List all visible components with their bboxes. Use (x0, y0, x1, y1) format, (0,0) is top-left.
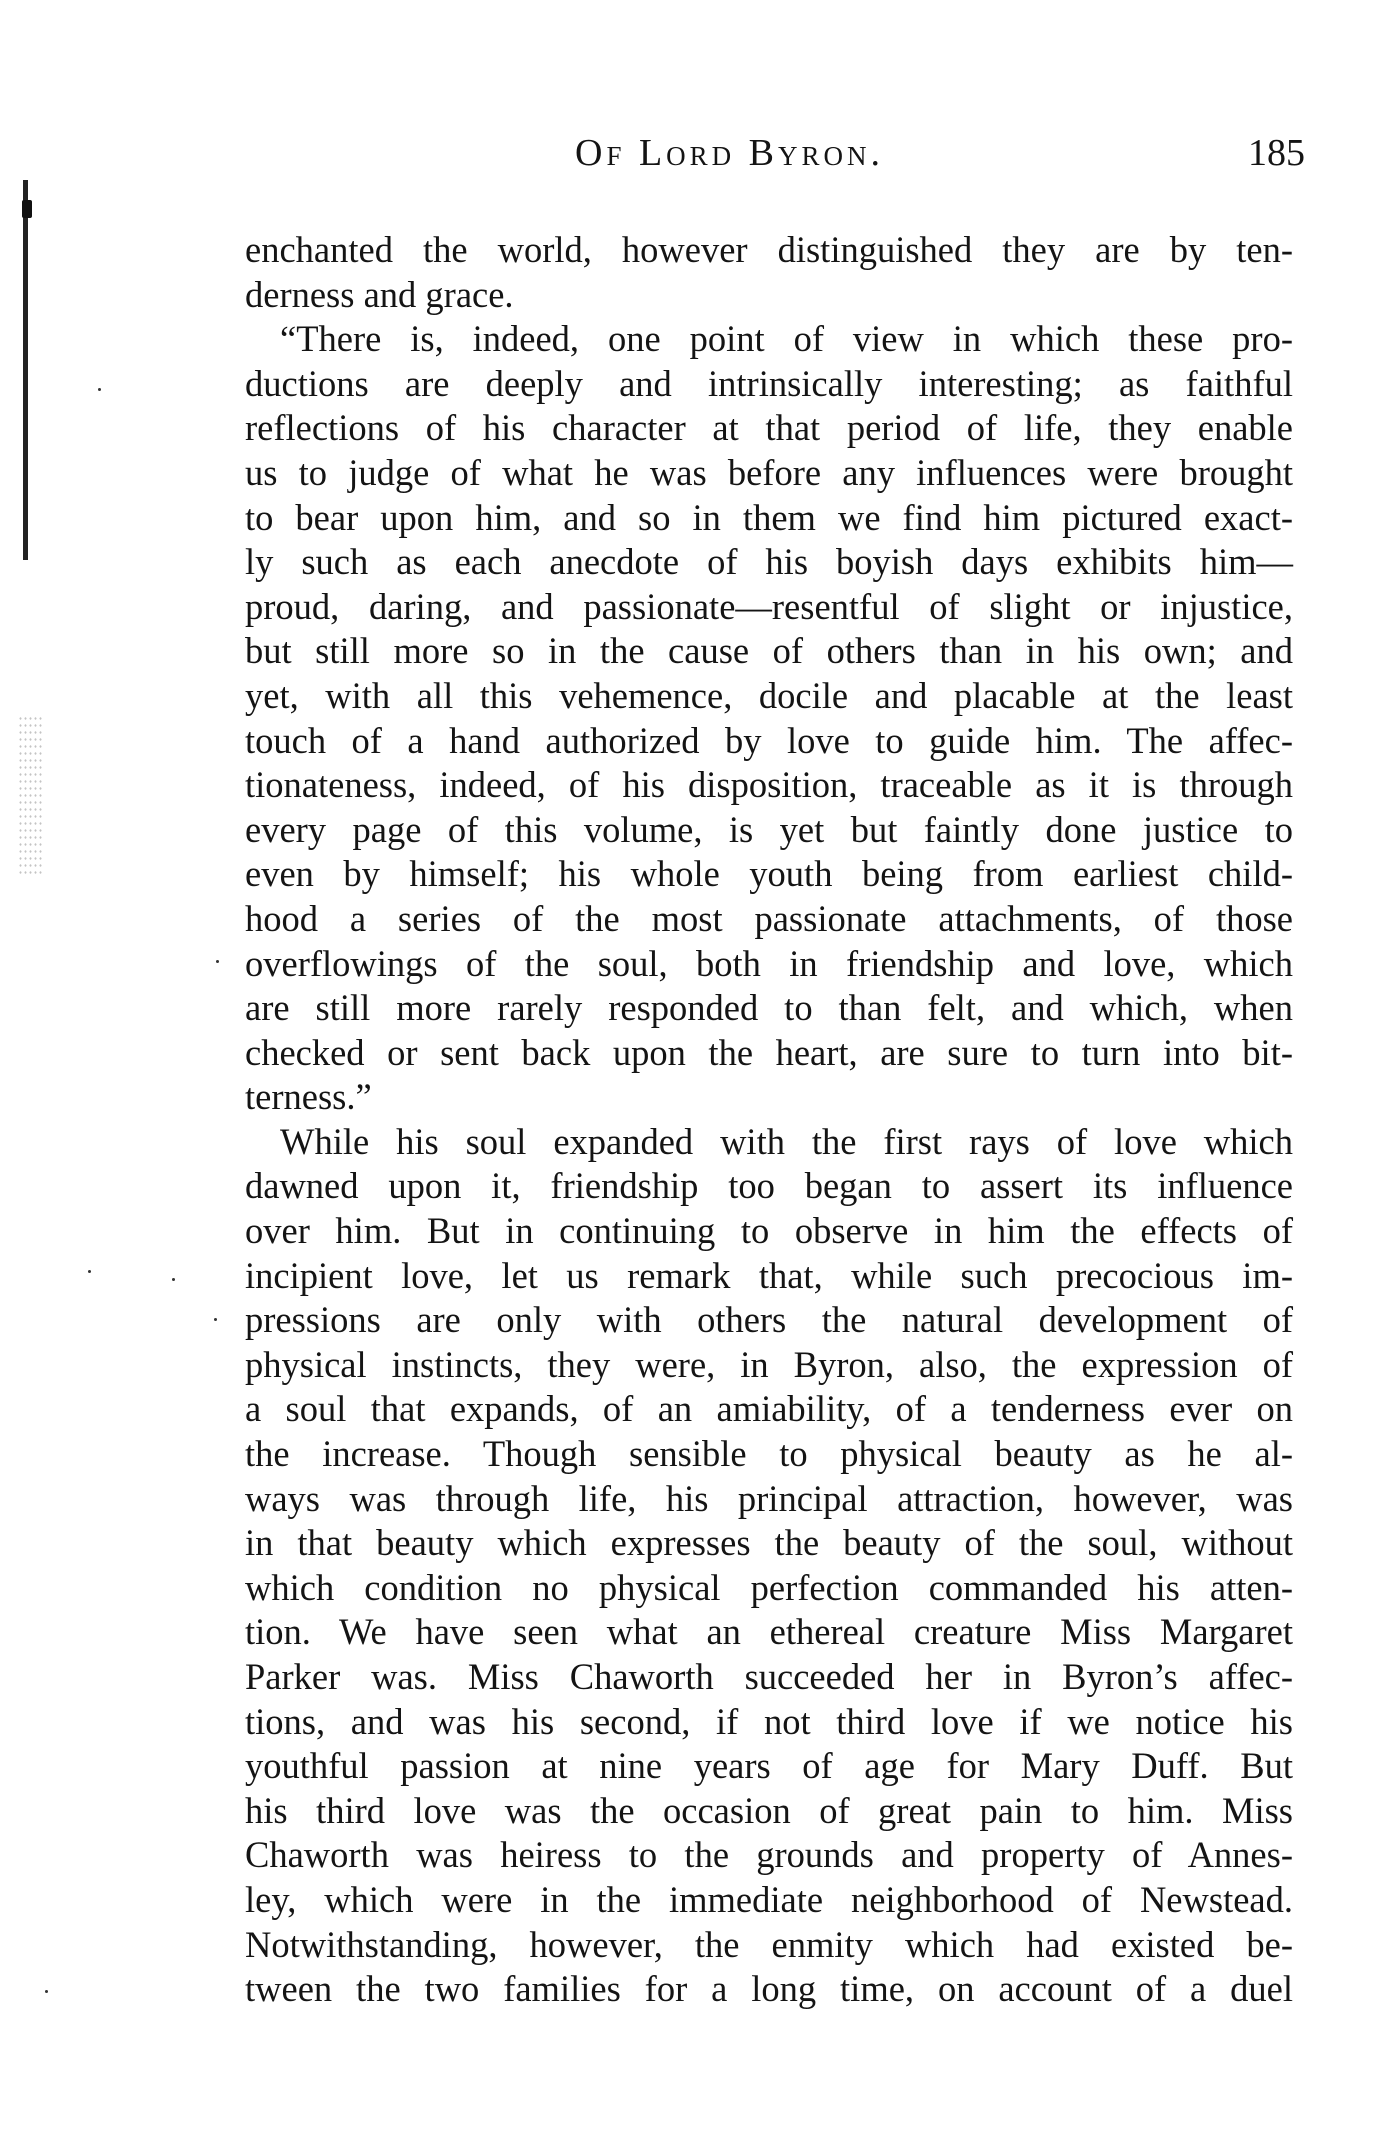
text-line: every page of this volume, is yet but fa… (245, 808, 1293, 853)
running-title: Of Lord Byron. (575, 128, 884, 178)
text-line: tions, and was his second, if not third … (245, 1700, 1293, 1745)
text-line: checked or sent back upon the heart, are… (245, 1031, 1293, 1076)
text-line: youthful passion at nine years of age fo… (245, 1744, 1293, 1789)
text-line: us to judge of what he was before any in… (245, 451, 1293, 496)
text-line: a soul that expands, of an amiability, o… (245, 1387, 1293, 1432)
text-line: Chaworth was heiress to the grounds and … (245, 1833, 1293, 1878)
text-line: Parker was. Miss Chaworth succeeded her … (245, 1655, 1293, 1700)
text-line: While his soul expanded with the first r… (245, 1120, 1293, 1165)
running-head: Of Lord Byron. 185 (245, 128, 1293, 178)
text-line: tionateness, indeed, of his disposition,… (245, 763, 1293, 808)
text-line: even by himself; his whole youth being f… (245, 852, 1293, 897)
text-line: but still more so in the cause of others… (245, 629, 1293, 674)
text-line: ductions are deeply and intrinsically in… (245, 362, 1293, 407)
text-line: touch of a hand authorized by love to gu… (245, 719, 1293, 764)
text-line: to bear upon him, and so in them we find… (245, 496, 1293, 541)
text-line: derness and grace. (245, 273, 1293, 318)
body-text: enchanted the world, however distinguish… (245, 228, 1293, 2012)
scan-noise (18, 715, 42, 875)
scan-speck (214, 1318, 217, 1321)
text-line: incipient love, let us remark that, whil… (245, 1254, 1293, 1299)
text-line: enchanted the world, however distinguish… (245, 228, 1293, 273)
text-line: his third love was the occasion of great… (245, 1789, 1293, 1834)
text-line: tween the two families for a long time, … (245, 1967, 1293, 2012)
text-line: hood a series of the most passionate att… (245, 897, 1293, 942)
page-number: 185 (1248, 128, 1305, 178)
binding-edge-mark (23, 180, 28, 560)
binding-edge-mark-top (22, 200, 32, 218)
scan-speck (216, 960, 219, 963)
text-line: tion. We have seen what an ethereal crea… (245, 1610, 1293, 1655)
text-line: terness.” (245, 1075, 1293, 1120)
text-line: dawned upon it, friendship too began to … (245, 1164, 1293, 1209)
scan-speck (45, 1990, 48, 1993)
text-line: ly such as each anecdote of his boyish d… (245, 540, 1293, 585)
text-line: ways was through life, his principal att… (245, 1477, 1293, 1522)
text-line: Notwithstanding, however, the enmity whi… (245, 1923, 1293, 1968)
text-line: over him. But in continuing to observe i… (245, 1209, 1293, 1254)
scan-speck (172, 1278, 175, 1281)
text-line: “There is, indeed, one point of view in … (245, 317, 1293, 362)
text-line: ley, which were in the immediate neighbo… (245, 1878, 1293, 1923)
scan-speck (98, 388, 101, 391)
book-page: Of Lord Byron. 185 enchanted the world, … (0, 0, 1385, 2141)
text-line: the increase. Though sensible to physica… (245, 1432, 1293, 1477)
text-line: proud, daring, and passionate—resentful … (245, 585, 1293, 630)
text-line: in that beauty which expresses the beaut… (245, 1521, 1293, 1566)
text-line: yet, with all this vehemence, docile and… (245, 674, 1293, 719)
text-line: pressions are only with others the natur… (245, 1298, 1293, 1343)
text-line: physical instincts, they were, in Byron,… (245, 1343, 1293, 1388)
scan-speck (88, 1270, 91, 1273)
text-line: overflowings of the soul, both in friend… (245, 942, 1293, 987)
text-line: reflections of his character at that per… (245, 406, 1293, 451)
text-line: which condition no physical perfection c… (245, 1566, 1293, 1611)
text-line: are still more rarely responded to than … (245, 986, 1293, 1031)
